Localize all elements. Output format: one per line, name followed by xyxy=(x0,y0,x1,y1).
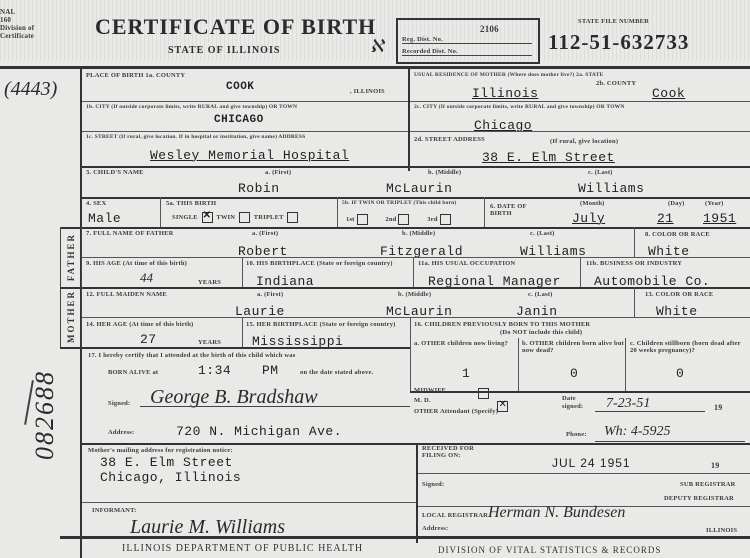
place-of-birth-county-label: PLACE OF BIRTH 1a. COUNTY xyxy=(86,72,185,79)
rule xyxy=(337,197,338,227)
dob-day: 21 xyxy=(657,211,674,226)
birth-time: 1:34 xyxy=(198,363,231,378)
other-attendant-label: OTHER Attendant (Specify) xyxy=(414,408,498,415)
rule xyxy=(634,227,635,257)
children-living: 1 xyxy=(462,366,470,381)
state-file-number: 112-51-632733 xyxy=(548,30,689,55)
rule xyxy=(82,257,750,258)
children-born-label: 16. CHILDREN PREVIOUSLY BORN TO THIS MOT… xyxy=(414,321,590,328)
child-middle-name: McLaurin xyxy=(386,181,452,196)
rule xyxy=(82,317,750,318)
dob-month-label: (Month) xyxy=(580,200,605,207)
children-dead: 0 xyxy=(570,366,578,381)
sex-label: 4. SEX xyxy=(86,200,106,207)
registration-box: 2106 Reg. Dist. No. Recorded Dist. No. xyxy=(396,18,540,64)
residence-state-label: USUAL RESIDENCE OF MOTHER (Where does mo… xyxy=(414,72,603,78)
child-name-label: 3. CHILD'S NAME xyxy=(86,169,144,176)
rule xyxy=(410,391,750,393)
twin-label: TWIN xyxy=(216,214,235,221)
rule xyxy=(60,227,750,229)
phone-label: Phone: xyxy=(566,431,587,438)
scribble-mark: ℵ xyxy=(370,36,383,57)
header-rule xyxy=(0,66,750,69)
date-year-prefix: 19 xyxy=(714,403,722,412)
mother-age-label: 14. HER AGE (At time of this birth) xyxy=(86,321,193,328)
reg-number: 2106 xyxy=(480,24,499,34)
triplet-label: TRIPLET xyxy=(254,214,284,221)
mother-side-tab: MOTHER xyxy=(60,287,82,347)
father-industry-label: 11b. BUSINESS OR INDUSTRY xyxy=(586,260,682,267)
mother-age: 27 xyxy=(140,332,157,347)
informant-label: INFORMANT: xyxy=(92,507,137,514)
rule xyxy=(410,131,750,132)
footer-rule xyxy=(60,536,750,539)
twin-checkbox[interactable] xyxy=(239,212,250,223)
second-born-checkbox[interactable] xyxy=(398,214,409,225)
place-of-birth-street-label: 1c. STREET (If rural, give location. If … xyxy=(86,134,305,140)
footer-division: DIVISION OF VITAL STATISTICS & RECORDS xyxy=(438,545,661,555)
rule xyxy=(484,197,485,227)
rule xyxy=(625,338,626,392)
rule xyxy=(418,473,750,474)
margin-note-side: 082688 xyxy=(30,370,60,460)
phone-line xyxy=(595,441,745,442)
children-born-note: (Do NOT include this child) xyxy=(500,329,582,336)
residence-county-label: 2b. COUNTY xyxy=(596,80,636,87)
place-of-birth-county: COOK xyxy=(226,81,254,93)
local-registrar-label: LOCAL REGISTRAR xyxy=(422,512,488,519)
this-birth-label: 5a. THIS BIRTH xyxy=(166,200,216,207)
birth-order-options: 1st 2nd 3rd xyxy=(346,214,453,225)
signed-label: Signed: xyxy=(108,400,130,407)
state-file-label: STATE FILE NUMBER xyxy=(578,18,649,25)
midwife-checkbox[interactable] xyxy=(478,388,489,399)
rule xyxy=(242,317,243,347)
date-signed-line xyxy=(595,411,705,412)
father-years-label: YEARS xyxy=(198,279,221,286)
place-of-birth-city: CHICAGO xyxy=(214,114,264,126)
father-side-label: FATHER xyxy=(66,233,76,281)
rule xyxy=(82,131,408,132)
rule xyxy=(82,197,750,199)
md-checkbox[interactable] xyxy=(497,401,508,412)
rule xyxy=(82,166,750,168)
mother-last-label: c. (Last) xyxy=(528,291,553,298)
second-born-label: 2nd xyxy=(385,216,396,223)
mother-name-label: 12. FULL MAIDEN NAME xyxy=(86,291,167,298)
father-birthplace-label: 10. HIS BIRTHPLACE (State or foreign cou… xyxy=(246,260,396,267)
child-middle-label: b. (Middle) xyxy=(428,169,461,176)
rule xyxy=(60,287,750,289)
certification-statement: 17. I hereby certify that I attended at … xyxy=(88,352,296,359)
third-born-label: 3rd xyxy=(427,216,437,223)
place-of-birth-street: Wesley Memorial Hospital xyxy=(150,148,349,163)
divider-birth-residence xyxy=(408,66,410,171)
birth-ampm: PM xyxy=(262,363,279,378)
father-last-label: c. (Last) xyxy=(530,230,555,237)
rule xyxy=(242,257,243,287)
filing-illinois-suffix: ILLINOIS xyxy=(706,527,737,534)
father-side-tab: FATHER xyxy=(60,227,82,287)
first-born-checkbox[interactable] xyxy=(357,214,368,225)
received-date-stamp: JUL 24 1951 xyxy=(552,456,631,470)
residence-street-label: 2d. STREET ADDRESS xyxy=(414,136,485,143)
reg-dist-line: Reg. Dist. No. xyxy=(402,36,532,44)
birth-type-options: SINGLE TWIN TRIPLET xyxy=(172,212,300,223)
received-year-prefix: 19 xyxy=(711,461,719,470)
mailing-line-1: 38 E. Elm Street xyxy=(100,455,233,470)
dob-month: July xyxy=(572,211,605,226)
child-last-label: c. (Last) xyxy=(588,169,613,176)
mother-birthplace-label: 15. HER BIRTHPLACE (State or foreign cou… xyxy=(246,321,396,328)
corner-line: Division of xyxy=(0,24,34,32)
place-of-birth-city-label: 1b. CITY (If outside corporate limits, w… xyxy=(86,104,297,110)
rule xyxy=(80,443,750,445)
father-name-label: 7. FULL NAME OF FATHER xyxy=(86,230,174,237)
deputy-registrar-label: DEPUTY REGISTRAR xyxy=(664,495,734,502)
received-filing-label: RECEIVED FOR FILING ON: xyxy=(422,445,492,459)
mother-years-label: YEARS xyxy=(198,339,221,346)
father-occupation-label: 11a. HIS USUAL OCCUPATION xyxy=(418,260,515,267)
illinois-suffix: , ILLINOIS xyxy=(350,88,385,95)
third-born-checkbox[interactable] xyxy=(440,214,451,225)
physician-address-label: Address: xyxy=(108,429,134,436)
triplet-checkbox[interactable] xyxy=(287,212,298,223)
certificate-subtitle: STATE OF ILLINOIS xyxy=(168,45,280,56)
margin-note-top: (4443) xyxy=(4,78,57,101)
mother-middle-label: b. (Middle) xyxy=(398,291,431,298)
certificate-title: CERTIFICATE OF BIRTH xyxy=(95,14,376,40)
date-signed: 7-23-51 xyxy=(606,396,650,412)
rule xyxy=(60,347,410,349)
footer-department: ILLINOIS DEPARTMENT OF PUBLIC HEALTH xyxy=(122,543,363,554)
mailing-address-label: Mother's mailing address for registratio… xyxy=(88,447,233,454)
date-signed-label: Date signed: xyxy=(562,395,592,411)
rule xyxy=(580,257,581,287)
md-label: M. D. xyxy=(414,397,431,404)
residence-street: 38 E. Elm Street xyxy=(482,150,615,165)
stillborn-count: 0 xyxy=(676,366,684,381)
rule xyxy=(518,338,519,392)
rule xyxy=(410,101,750,102)
first-born-label: 1st xyxy=(346,216,355,223)
single-label: SINGLE xyxy=(172,214,198,221)
corner-line: 160 xyxy=(0,16,34,24)
filing-address-label: Address: xyxy=(422,525,448,532)
father-age: 44 xyxy=(140,270,153,286)
residence-state: Illinois xyxy=(472,86,538,101)
sub-registrar-label: SUB REGISTRAR xyxy=(680,481,736,488)
corner-line: NAL xyxy=(0,8,34,16)
midwife-label: MIDWIFE xyxy=(414,387,446,394)
corner-line: Certificate xyxy=(0,32,34,40)
rule xyxy=(413,257,414,287)
filing-signed-label: Signed: xyxy=(422,481,444,488)
local-registrar-signature: Herman N. Bundesen xyxy=(488,504,625,522)
phone-number: Wh: 4-5925 xyxy=(604,424,671,440)
dob-year: 1951 xyxy=(703,211,736,226)
signature-line xyxy=(140,406,410,407)
rule xyxy=(82,101,408,102)
father-race-label: 8. COLOR OR RACE xyxy=(645,231,710,238)
child-first-label: a. (First) xyxy=(265,169,291,176)
dob-label: 6. DATE OF BIRTH xyxy=(490,203,530,217)
dob-day-label: (Day) xyxy=(668,200,685,207)
residence-city-label: 2c. CITY (If outside corporate limits, w… xyxy=(414,104,625,110)
mailing-line-2: Chicago, Illinois xyxy=(100,470,241,485)
recorded-dist-line: Recorded Dist. No. xyxy=(402,48,532,56)
sex-value: Male xyxy=(88,211,121,226)
residence-street-note: (If rural, give location) xyxy=(550,138,618,145)
children-living-label: a. OTHER children now living? xyxy=(414,340,514,347)
stillborn-label: c. Children stillborn (born dead after 2… xyxy=(630,340,746,354)
father-middle-label: b. (Middle) xyxy=(402,230,435,237)
rule xyxy=(634,287,635,317)
rule xyxy=(410,317,411,392)
single-checkbox[interactable] xyxy=(202,212,213,223)
father-age-label: 9. HIS AGE (At time of this birth) xyxy=(86,260,187,267)
children-dead-label: b. OTHER children born alive but now dea… xyxy=(522,340,626,354)
rule xyxy=(416,443,418,543)
physician-address: 720 N. Michigan Ave. xyxy=(176,424,342,439)
father-first-label: a. (First) xyxy=(252,230,278,237)
dob-year-label: (Year) xyxy=(705,200,724,207)
form-number-corner: NAL 160 Division of Certificate xyxy=(0,8,34,40)
mother-race-label: 13. COLOR OR RACE xyxy=(645,291,713,298)
mother-first-label: a. (First) xyxy=(257,291,283,298)
date-stated-suffix: on the date stated above. xyxy=(300,369,373,376)
child-last-name: Williams xyxy=(578,181,644,196)
rule xyxy=(160,197,161,227)
born-alive-label: BORN ALIVE at xyxy=(108,369,158,376)
mother-side-label: MOTHER xyxy=(66,290,76,343)
rule xyxy=(82,502,416,503)
twin-triplet-label: 5b. IF TWIN OR TRIPLET (This child born) xyxy=(342,200,456,206)
child-first-name: Robin xyxy=(238,181,280,196)
residence-county: Cook xyxy=(652,86,685,101)
